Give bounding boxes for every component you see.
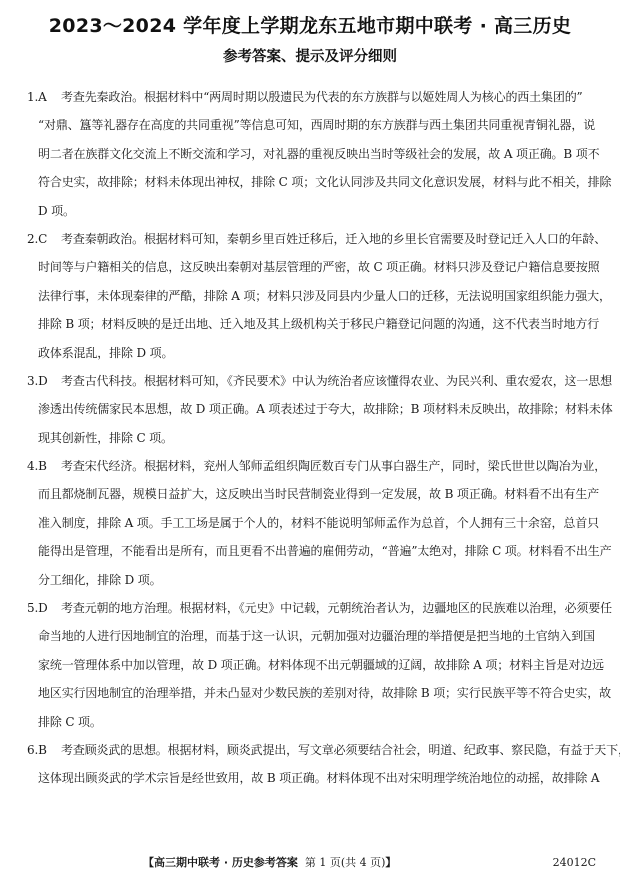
answer-3-line-3: 现其创新性，排除 C 项。 bbox=[0, 427, 620, 455]
answer-number: 3.D bbox=[27, 370, 61, 392]
answer-1-line-2: “对鼎、簋等礼器存在高度的共同重视”等信息可知，西周时期的东方族群与西土集团共同… bbox=[0, 114, 620, 142]
answer-2-line-3: 法律行事，未体现秦律的严酷，排除 A 项；材料只涉及同县内少量人口的迁移，无法说… bbox=[0, 285, 620, 313]
answer-6-line-1: 6.B考查顾炎武的思想。根据材料，顾炎武提出，写文章必须要结合社会，明道、纪政事… bbox=[0, 739, 620, 767]
answer-5-line-2: 命当地的人进行因地制宜的治理，而基于这一认识，元朝加强对边疆治理的举措便是把当地… bbox=[0, 625, 620, 653]
answer-2-line-2: 时间等与户籍相关的信息，这反映出秦朝对基层管理的严密，故 C 项正确。材料只涉及… bbox=[0, 256, 620, 284]
answer-number: 1.A bbox=[27, 86, 61, 108]
answer-5-line-4: 地区实行因地制宜的治理举措，并未凸显对少数民族的差别对待，故排除 B 项；实行民… bbox=[0, 682, 620, 710]
answer-4-line-3: 准入制度，排除 A 项。手工工场是属于个人的，材料不能说明邹师孟作为总首，个人拥… bbox=[0, 512, 620, 540]
answer-1-line-5: D 项。 bbox=[0, 200, 620, 228]
answer-4-line-2: 而且都烧制瓦器，规模日益扩大，这反映出当时民营制瓷业得到一定发展，故 B 项正确… bbox=[0, 483, 620, 511]
answer-3-line-2: 渗透出传统儒家民本思想，故 D 项正确。A 项表述过于夸大，故排除；B 项材料未… bbox=[0, 398, 620, 426]
answer-2-line-1: 2.C考查秦朝政治。根据材料可知，秦朝乡里百姓迁移后，迁入地的乡里长官需要及时登… bbox=[0, 228, 620, 256]
answer-body: 1.A考查先秦政治。根据材料中“两周时期以殷遗民为代表的东方族群与以姬姓周人为核… bbox=[0, 86, 620, 796]
footer-doc-code: 24012C bbox=[553, 854, 596, 872]
answer-4-line-5: 分工细化，排除 D 项。 bbox=[0, 569, 620, 597]
answer-number: 2.C bbox=[27, 228, 61, 250]
answer-5-line-1: 5.D考查元朝的地方治理。根据材料，《元史》中记载，元朝统治者认为，边疆地区的民… bbox=[0, 597, 620, 625]
document-title: 2023～2024 学年度上学期龙东五地市期中联考 · 高三历史 bbox=[0, 11, 620, 38]
answer-5-line-5: 排除 C 项。 bbox=[0, 711, 620, 739]
answer-1-line-1: 1.A考查先秦政治。根据材料中“两周时期以殷遗民为代表的东方族群与以姬姓周人为核… bbox=[0, 86, 620, 114]
answer-number: 6.B bbox=[27, 739, 61, 761]
answer-1-line-4: 符合史实，故排除；材料未体现出神权，排除 C 项；文化认同涉及共同文化意识发展，… bbox=[0, 171, 620, 199]
answer-number: 4.B bbox=[27, 455, 61, 477]
answer-4-line-1: 4.B考查宋代经济。根据材料，兖州人邹师孟组织陶匠数百专门从事白器生产，同时，梁… bbox=[0, 455, 620, 483]
answer-2-line-4: 排除 B 项；材料反映的是迁出地、迁入地及其上级机构关于移民户籍登记问题的沟通，… bbox=[0, 313, 620, 341]
answer-3-line-1: 3.D考查古代科技。根据材料可知，《齐民要术》中认为统治者应该懂得农业、为民兴利… bbox=[0, 370, 620, 398]
footer-page-info: 第 1 页(共 4 页) bbox=[305, 856, 386, 869]
answer-5-line-3: 家统一管理体系中加以管理，故 D 项正确。材料体现不出元朝疆域的辽阔，故排除 A… bbox=[0, 654, 620, 682]
answer-1-line-3: 明二者在族群文化交流上不断交流和学习，对礼器的重视反映出当时等级社会的发展，故 … bbox=[0, 143, 620, 171]
footer-doc-name: 高三期中联考 · 历史参考答案 bbox=[154, 856, 298, 869]
answer-4-line-4: 能得出是管理，不能看出是所有，而且更看不出普遍的雇佣劳动，“普遍”太绝对，排除 … bbox=[0, 540, 620, 568]
footer-page-label: 【高三期中联考 · 历史参考答案 第 1 页(共 4 页)】 bbox=[143, 854, 396, 872]
page-footer: 【高三期中联考 · 历史参考答案 第 1 页(共 4 页)】 24012C bbox=[0, 854, 620, 872]
answer-number: 5.D bbox=[27, 597, 61, 619]
document-subtitle: 参考答案、提示及评分细则 bbox=[0, 45, 620, 66]
answer-2-line-5: 政体系混乱，排除 D 项。 bbox=[0, 342, 620, 370]
answer-6-line-2: 这体现出顾炎武的学术宗旨是经世致用，故 B 项正确。材料体现不出对宋明理学统治地… bbox=[0, 767, 620, 795]
